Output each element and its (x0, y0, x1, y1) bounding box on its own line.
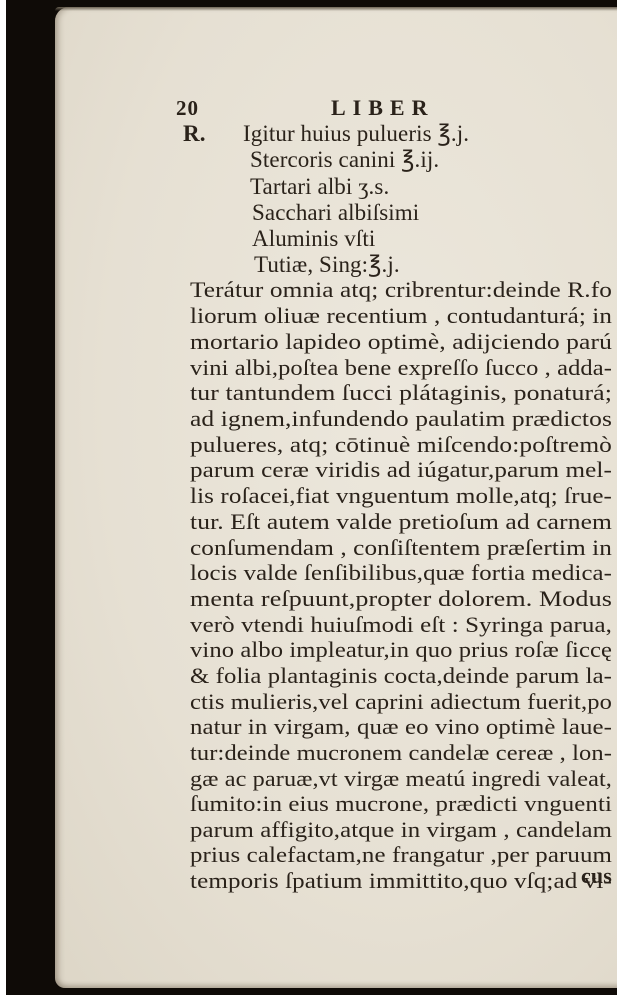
body-line: vino albo impleatur,in quo prius roſæ ſi… (190, 637, 612, 663)
body-line: vini albi,poſtea bene expreſſo ſucco , a… (190, 355, 612, 381)
body-line: ſumito:in eius mucrone, prædicti vnguent… (190, 791, 612, 817)
body-line: conſumendam , conſiſtentem præſertim in (190, 535, 612, 561)
body-line: natur in virgam, quæ eo vino optimè laue… (190, 714, 612, 740)
body-line: parum affigito,atque in virgam , candela… (190, 817, 612, 843)
recipe-line: Aluminis vſti (252, 226, 375, 252)
body-line: parum ceræ viridis ad iúgatur,parum mel- (190, 457, 612, 483)
body-line: liorum oliuæ recentium , contudanturá; i… (190, 303, 612, 329)
page-number: 20 (176, 96, 199, 121)
body-line: pulueres, atq; cōtinuè miſcendo:poſtremò (190, 432, 612, 458)
body-line: tur tantundem ſucci plátaginis, ponaturá… (190, 380, 612, 406)
recipe-mark: R. (183, 121, 206, 147)
recipe-line: Stercoris canini ℥.ij. (250, 147, 439, 173)
catchword: cus (581, 863, 612, 889)
body-line: Terátur omnia atq; cribrentur:deinde R.f… (190, 277, 612, 303)
body-line: menta reſpuunt,propter dolorem. Modus (190, 586, 612, 612)
body-line: gæ ac paruæ,vt virgæ meatú ingredi valea… (190, 766, 612, 792)
body-line: temporis ſpatium immittito,quo vſq;ad vl… (190, 868, 612, 894)
recipe-line: Tartari albi ʒ.s. (250, 174, 389, 200)
body-line: mortario lapideo optimè, adijciendo parú (190, 329, 612, 355)
body-line: prius calefactam,ne frangatur ,per paruu… (190, 842, 612, 868)
recipe-line: Tutiæ, Sing:℥.j. (254, 252, 400, 278)
recipe-line: Sacchari albiſsimi (252, 200, 419, 226)
body-line: & folia plantaginis cocta,deinde parum l… (190, 663, 612, 689)
body-line: ctis mulieris,vel caprini adiectum fueri… (190, 689, 612, 715)
body-line: ad ignem,infundendo paulatim prædictos (190, 406, 612, 432)
body-line: locis valde ſenſibilibus,quæ fortia medi… (190, 560, 612, 586)
body-line: lis roſacei,fiat vnguentum molle,atq; ſr… (190, 483, 612, 509)
body-line: verò vtendi huiuſmodi eſt : Syringa paru… (190, 612, 612, 638)
body-line: tur:deinde mucronem candelæ cereæ , lon- (190, 740, 612, 766)
running-head: LIBER (331, 95, 434, 121)
recipe-line: Igitur huius pulueris ℥.j. (243, 121, 469, 147)
body-line: tur. Eſt autem valde pretioſum ad carnem (190, 509, 612, 535)
